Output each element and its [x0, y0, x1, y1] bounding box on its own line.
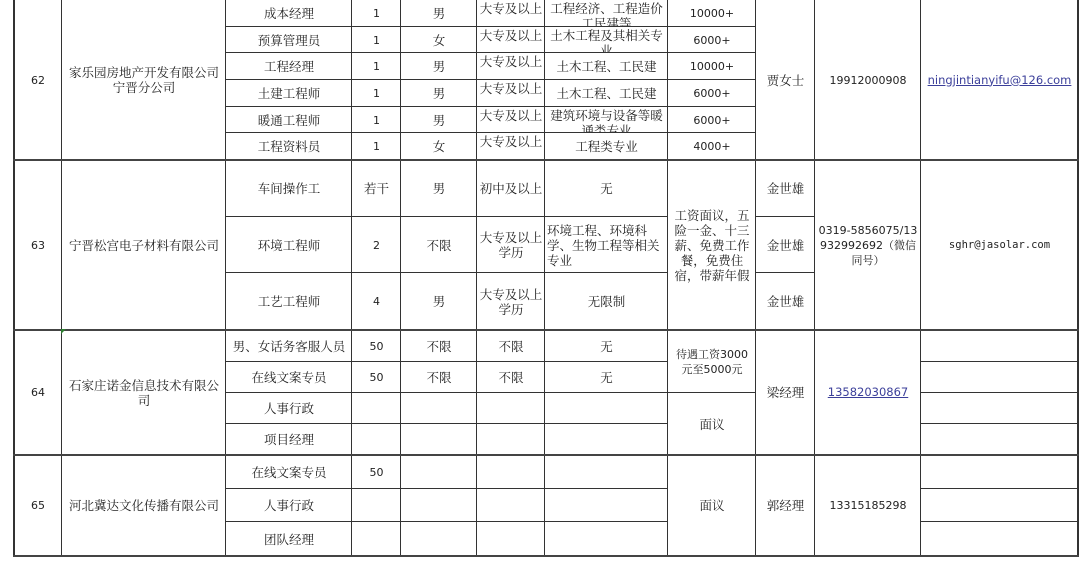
position-salary: 10000+ [668, 0, 756, 27]
position-count: 1 [352, 27, 401, 53]
position-gender: 女 [401, 27, 477, 53]
grid-line [225, 79, 756, 80]
section-divider [13, 159, 1079, 161]
position-count: 若干 [352, 160, 401, 217]
position-title: 男、女话务客服人员 [226, 330, 352, 362]
position-major: 无 [545, 362, 668, 393]
grid-line [225, 106, 756, 107]
grid-line [225, 216, 668, 217]
phone-link-64[interactable]: 13582030867 [815, 330, 921, 455]
position-title: 在线文案专员 [226, 362, 352, 393]
grid-line [225, 392, 756, 393]
position-gender: 男 [401, 0, 477, 27]
position-gender: 不限 [401, 362, 477, 393]
phone-63: 0319-5856075/13932992692（微信同号） [815, 160, 921, 330]
grid-line [400, 0, 401, 557]
position-education: 初中及以上 [477, 160, 545, 217]
grid-line [225, 423, 668, 424]
position-title: 车间操作工 [226, 160, 352, 217]
row-index-65: 65 [14, 455, 62, 556]
position-count: 4 [352, 273, 401, 330]
email-63: sghr@jasolar.com [921, 160, 1078, 330]
grid-line [920, 488, 1078, 489]
grid-line [755, 0, 756, 557]
row-index-62: 62 [14, 0, 62, 160]
position-major: 建筑环境与设备等暖通类专业 [545, 107, 668, 133]
position-count: 2 [352, 217, 401, 273]
position-salary: 6000+ [668, 107, 756, 133]
position-count: 1 [352, 53, 401, 80]
grid-line [225, 0, 226, 557]
position-salary: 10000+ [668, 53, 756, 80]
position-count: 50 [352, 330, 401, 362]
position-title: 工艺工程师 [226, 273, 352, 330]
position-major: 工程类专业 [545, 133, 668, 160]
position-education: 大专及以上 [477, 27, 545, 53]
company-name-62: 家乐园房地产开发有限公司宁晋分公司 [62, 0, 226, 160]
contact-person-64: 梁经理 [756, 330, 815, 455]
position-major: 工程经济、工程造价工民建等 [545, 0, 668, 27]
row-index-64: 64 [14, 330, 62, 455]
position-gender: 男 [401, 53, 477, 80]
grid-line [920, 361, 1078, 362]
position-title: 成本经理 [226, 0, 352, 27]
grid-line [225, 52, 756, 53]
position-count: 50 [352, 362, 401, 393]
position-gender: 不限 [401, 217, 477, 273]
salary-64-b: 面议 [668, 393, 756, 455]
grid-line [225, 488, 668, 489]
contact-person: 金世雄 [756, 273, 815, 330]
position-major: 无限制 [545, 273, 668, 330]
position-title: 团队经理 [226, 522, 352, 556]
position-gender: 女 [401, 133, 477, 160]
grid-line [225, 272, 668, 273]
contact-person: 金世雄 [756, 160, 815, 217]
position-gender: 男 [401, 107, 477, 133]
position-title: 项目经理 [226, 424, 352, 455]
grid-border [13, 0, 15, 557]
salary-65: 面议 [668, 455, 756, 556]
grid-border [13, 555, 1079, 557]
position-education: 大专及以上 [477, 0, 545, 27]
salary-64-a: 待遇工资3000元至5000元 [668, 330, 756, 393]
grid-line [61, 0, 62, 557]
position-education: 大专及以上 [477, 53, 545, 80]
grid-line [920, 0, 921, 557]
position-education: 不限 [477, 330, 545, 362]
section-divider [13, 329, 1079, 331]
recruitment-table: 62 家乐园房地产开发有限公司宁晋分公司 成本经理 1 男 大专及以上 工程经济… [0, 0, 1080, 569]
grid-line [544, 0, 545, 557]
position-title: 预算管理员 [226, 27, 352, 53]
grid-line [225, 26, 756, 27]
position-education: 大专及以上学历 [477, 273, 545, 330]
position-count: 1 [352, 133, 401, 160]
grid-line [225, 521, 668, 522]
contact-person: 金世雄 [756, 217, 815, 273]
position-major: 无 [545, 160, 668, 217]
position-title: 人事行政 [226, 489, 352, 522]
grid-line [225, 361, 668, 362]
position-count: 1 [352, 80, 401, 107]
position-gender: 男 [401, 80, 477, 107]
position-gender: 男 [401, 273, 477, 330]
email-link-62[interactable]: ningjintianyifu@126.com [921, 0, 1078, 160]
section-divider [13, 454, 1079, 456]
company-name-65: 河北冀达文化传播有限公司 [62, 455, 226, 556]
position-education: 大专及以上学历 [477, 217, 545, 273]
position-count: 50 [352, 455, 401, 489]
position-count: 1 [352, 107, 401, 133]
grid-line [476, 0, 477, 557]
position-title: 在线文案专员 [226, 455, 352, 489]
position-major: 环境工程、环境科学、生物工程等相关专业 [545, 217, 668, 273]
position-education: 大专及以上 [477, 80, 545, 107]
position-education: 大专及以上 [477, 107, 545, 133]
phone-62: 19912000908 [815, 0, 921, 160]
contact-person-65: 郭经理 [756, 455, 815, 556]
row-index-63: 63 [14, 160, 62, 330]
company-name-63: 宁晋松宫电子材料有限公司 [62, 160, 226, 330]
grid-line [351, 0, 352, 557]
contact-person-62: 贾女士 [756, 0, 815, 160]
position-major: 无 [545, 330, 668, 362]
position-gender: 男 [401, 160, 477, 217]
grid-line [755, 272, 815, 273]
grid-border [1077, 0, 1079, 557]
position-title: 工程经理 [226, 53, 352, 80]
grid-line [814, 0, 815, 557]
position-salary: 6000+ [668, 27, 756, 53]
grid-line [920, 423, 1078, 424]
phone-65: 13315185298 [815, 455, 921, 556]
position-major: 土木工程、工民建 [545, 53, 668, 80]
grid-line [920, 392, 1078, 393]
company-name-64: 石家庄诺金信息技术有限公司 [62, 330, 226, 455]
cell-comment-marker-icon [61, 329, 66, 334]
grid-line [667, 0, 668, 557]
grid-line [225, 132, 756, 133]
position-major: 土木工程、工民建 [545, 80, 668, 107]
position-education: 不限 [477, 362, 545, 393]
position-education: 大专及以上 [477, 133, 545, 160]
salary-benefits-63: 工资面议，五险一金、十三薪、免费工作餐，免费住宿，带薪年假 [668, 160, 756, 330]
position-title: 工程资料员 [226, 133, 352, 160]
position-gender: 不限 [401, 330, 477, 362]
position-title: 环境工程师 [226, 217, 352, 273]
position-major: 土木工程及其相关专业 [545, 27, 668, 53]
position-title: 土建工程师 [226, 80, 352, 107]
position-title: 人事行政 [226, 393, 352, 424]
position-salary: 6000+ [668, 80, 756, 107]
position-salary: 4000+ [668, 133, 756, 160]
position-title: 暖通工程师 [226, 107, 352, 133]
grid-line [755, 216, 815, 217]
grid-line [920, 521, 1078, 522]
position-count: 1 [352, 0, 401, 27]
